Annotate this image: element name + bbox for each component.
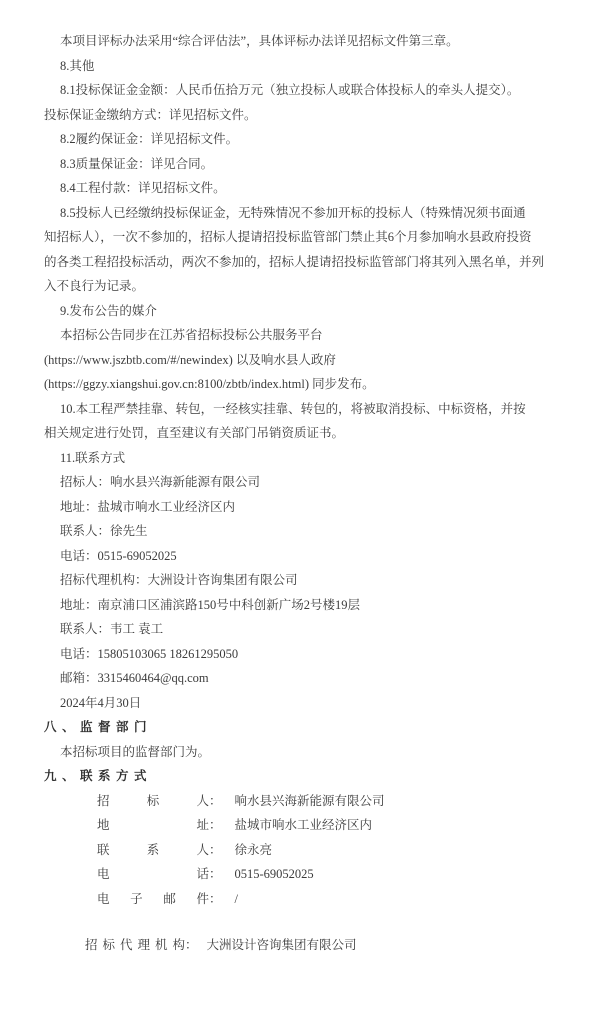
contact-label-colon: ： bbox=[185, 938, 198, 952]
text-line: 11.联系方式 bbox=[44, 446, 556, 471]
contact-row: 招标人：响水县兴海新能源有限公司 bbox=[44, 789, 556, 814]
section-heading: 九、联系方式 bbox=[44, 764, 556, 789]
text-line: 招标人：响水县兴海新能源有限公司 bbox=[44, 470, 556, 495]
contact-label-colon: ： bbox=[209, 892, 222, 906]
contact-label: 联系人 bbox=[97, 838, 209, 863]
text-line: 10.本工程严禁挂靠、转包，一经核实挂靠、转包的，将被取消投标、中标资格，并按 bbox=[44, 397, 556, 422]
document-page: 本项目评标办法采用“综合评估法”，具体评标办法详见招标文件第三章。8.其他8.1… bbox=[0, 0, 598, 1013]
contact-label: 招标代理机构 bbox=[85, 933, 185, 958]
text-line: 8.2履约保证金：详见招标文件。 bbox=[44, 127, 556, 152]
text-line: 联系人：韦工 袁工 bbox=[44, 617, 556, 642]
contact-row: 地址：盐城市响水工业经济区内 bbox=[44, 813, 556, 838]
contact-label: 电话 bbox=[97, 862, 209, 887]
contact-value: 大洲设计咨询集团有限公司 bbox=[207, 938, 357, 952]
contact-label-colon: ： bbox=[209, 843, 222, 857]
text-line: (https://ggzy.xiangshui.gov.cn:8100/zbtb… bbox=[44, 372, 556, 397]
contact-label-colon: ： bbox=[209, 867, 222, 881]
text-line: (https://www.jszbtb.com/#/newindex) 以及响水… bbox=[44, 348, 556, 373]
text-line: 投标保证金缴纳方式：详见招标文件。 bbox=[44, 103, 556, 128]
document-body: 本项目评标办法采用“综合评估法”，具体评标办法详见招标文件第三章。8.其他8.1… bbox=[0, 0, 598, 958]
contact-label: 地址 bbox=[97, 813, 209, 838]
text-line: 2024年4月30日 bbox=[44, 691, 556, 716]
text-line: 8.5投标人已经缴纳投标保证金，无特殊情况不参加开标的投标人（特殊情况须书面通 bbox=[44, 201, 556, 226]
text-line: 相关规定进行处罚，直至建议有关部门吊销资质证书。 bbox=[44, 421, 556, 446]
contact-label-colon: ： bbox=[209, 794, 222, 808]
contact-value: 0515-69052025 bbox=[235, 867, 314, 881]
blank-line bbox=[44, 911, 556, 933]
text-line: 招标代理机构：大洲设计咨询集团有限公司 bbox=[44, 568, 556, 593]
text-line: 邮箱：3315460464@qq.com bbox=[44, 666, 556, 691]
contact-label-colon: ： bbox=[209, 818, 222, 832]
text-line: 8.3质量保证金：详见合同。 bbox=[44, 152, 556, 177]
contact-value: 盐城市响水工业经济区内 bbox=[235, 818, 373, 832]
section-heading: 八、监督部门 bbox=[44, 715, 556, 740]
text-line: 电话：15805103065 18261295050 bbox=[44, 642, 556, 667]
text-line: 地址：南京浦口区浦滨路150号中科创新广场2号楼19层 bbox=[44, 593, 556, 618]
text-line: 联系人：徐先生 bbox=[44, 519, 556, 544]
contact-label: 电子邮件 bbox=[97, 887, 209, 912]
text-line: 8.4工程付款：详见招标文件。 bbox=[44, 176, 556, 201]
text-line: 本项目评标办法采用“综合评估法”，具体评标办法详见招标文件第三章。 bbox=[44, 29, 556, 54]
contact-row: 电子邮件：/ bbox=[44, 887, 556, 912]
text-line: 知招标人），一次不参加的，招标人提请招投标监管部门禁止其6个月参加响水县政府投资 bbox=[44, 225, 556, 250]
contact-value: / bbox=[235, 892, 238, 906]
text-line: 的各类工程招投标活动，两次不参加的，招标人提请招投标监管部门将其列入黑名单，并列 bbox=[44, 250, 556, 275]
contact-row: 电话：0515-69052025 bbox=[44, 862, 556, 887]
text-line: 本招标项目的监督部门为。 bbox=[44, 740, 556, 765]
text-line: 8.其他 bbox=[44, 54, 556, 79]
text-line: 8.1投标保证金金额：人民币伍拾万元（独立投标人或联合体投标人的牵头人提交）。 bbox=[44, 78, 556, 103]
contact-value: 徐永亮 bbox=[235, 843, 273, 857]
text-line: 电话：0515-69052025 bbox=[44, 544, 556, 569]
contact-value: 响水县兴海新能源有限公司 bbox=[235, 794, 385, 808]
text-line: 入不良行为记录。 bbox=[44, 274, 556, 299]
text-line: 地址：盐城市响水工业经济区内 bbox=[44, 495, 556, 520]
text-line: 9.发布公告的媒介 bbox=[44, 299, 556, 324]
contact-label: 招标人 bbox=[97, 789, 209, 814]
contact-row: 联系人：徐永亮 bbox=[44, 838, 556, 863]
text-line: 本招标公告同步在江苏省招标投标公共服务平台 bbox=[44, 323, 556, 348]
contact-row: 招标代理机构：大洲设计咨询集团有限公司 bbox=[44, 933, 556, 958]
